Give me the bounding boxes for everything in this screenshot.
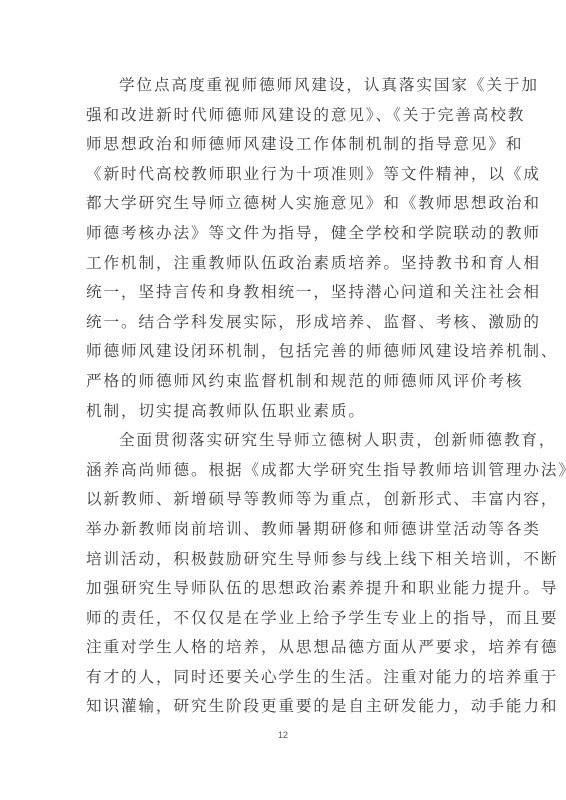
paragraph-supervisor-training: 全面贯彻落实研究生导师立德树人职责，创新师德教育， 涵养高尚师德。根据《成都大学… — [86, 426, 486, 722]
text-line: 统一，坚持言传和身教相统一，坚持潜心问道和关注社会相 — [86, 278, 486, 308]
text-line: 严格的师德师风约束监督机制和规范的师德师风评价考核 — [86, 367, 486, 397]
text-line: 师思想政治和师德师风建设工作体制机制的指导意见》和 — [86, 130, 486, 160]
text-line: 机制，切实提高教师队伍职业素质。 — [86, 397, 486, 427]
text-line: 师德师风建设闭环机制，包括完善的师德师风建设培养机制、 — [86, 337, 486, 367]
text-line: 培训活动，积极鼓励研究生导师参与线上线下相关培训，不断 — [86, 545, 486, 575]
paragraph-teacher-ethics: 学位点高度重视师德师风建设，认真落实国家《关于加 强和改进新时代师德师风建设的意… — [86, 71, 486, 426]
text-line: 知识灌输，研究生阶段更重要的是自主研发能力，动手能力和 — [86, 692, 486, 722]
page-number: 12 — [0, 730, 566, 740]
text-line: 工作机制，注重教师队伍政治素质培养。坚持教书和育人相 — [86, 249, 486, 279]
text-line: 学位点高度重视师德师风建设，认真落实国家《关于加 — [86, 71, 486, 101]
text-line: 师的责任，不仅仅是在学业上给予学生专业上的指导，而且要 — [86, 604, 486, 634]
text-line: 都大学研究生导师立德树人实施意见》和《教师思想政治和 — [86, 189, 486, 219]
text-line: 统一。结合学科发展实际，形成培养、监督、考核、激励的 — [86, 308, 486, 338]
text-line: 涵养高尚师德。根据《成都大学研究生指导教师培训管理办法》 — [86, 456, 486, 486]
text-line: 加强研究生导师队伍的思想政治素养提升和职业能力提升。导 — [86, 574, 486, 604]
document-page: 学位点高度重视师德师风建设，认真落实国家《关于加 强和改进新时代师德师风建设的意… — [0, 0, 566, 800]
text-line: 师德考核办法》等文件为指导，健全学校和学院联动的教师 — [86, 219, 486, 249]
text-line: 强和改进新时代师德师风建设的意见》、《关于完善高校教 — [86, 101, 486, 131]
text-line: 注重对学生人格的培养，从思想品德方面从严要求，培养有德 — [86, 633, 486, 663]
text-line: 有才的人，同时还要关心学生的生活。注重对能力的培养重于 — [86, 663, 486, 693]
text-line: 以新教师、新增硕导等教师等为重点，创新形式、丰富内容， — [86, 485, 486, 515]
text-line: 《新时代高校教师职业行为十项准则》等文件精神，以《成 — [86, 160, 486, 190]
text-line: 全面贯彻落实研究生导师立德树人职责，创新师德教育， — [86, 426, 486, 456]
body-text: 学位点高度重视师德师风建设，认真落实国家《关于加 强和改进新时代师德师风建设的意… — [86, 71, 486, 722]
text-line: 举办新教师岗前培训、教师暑期研修和师德讲堂活动等各类 — [86, 515, 486, 545]
